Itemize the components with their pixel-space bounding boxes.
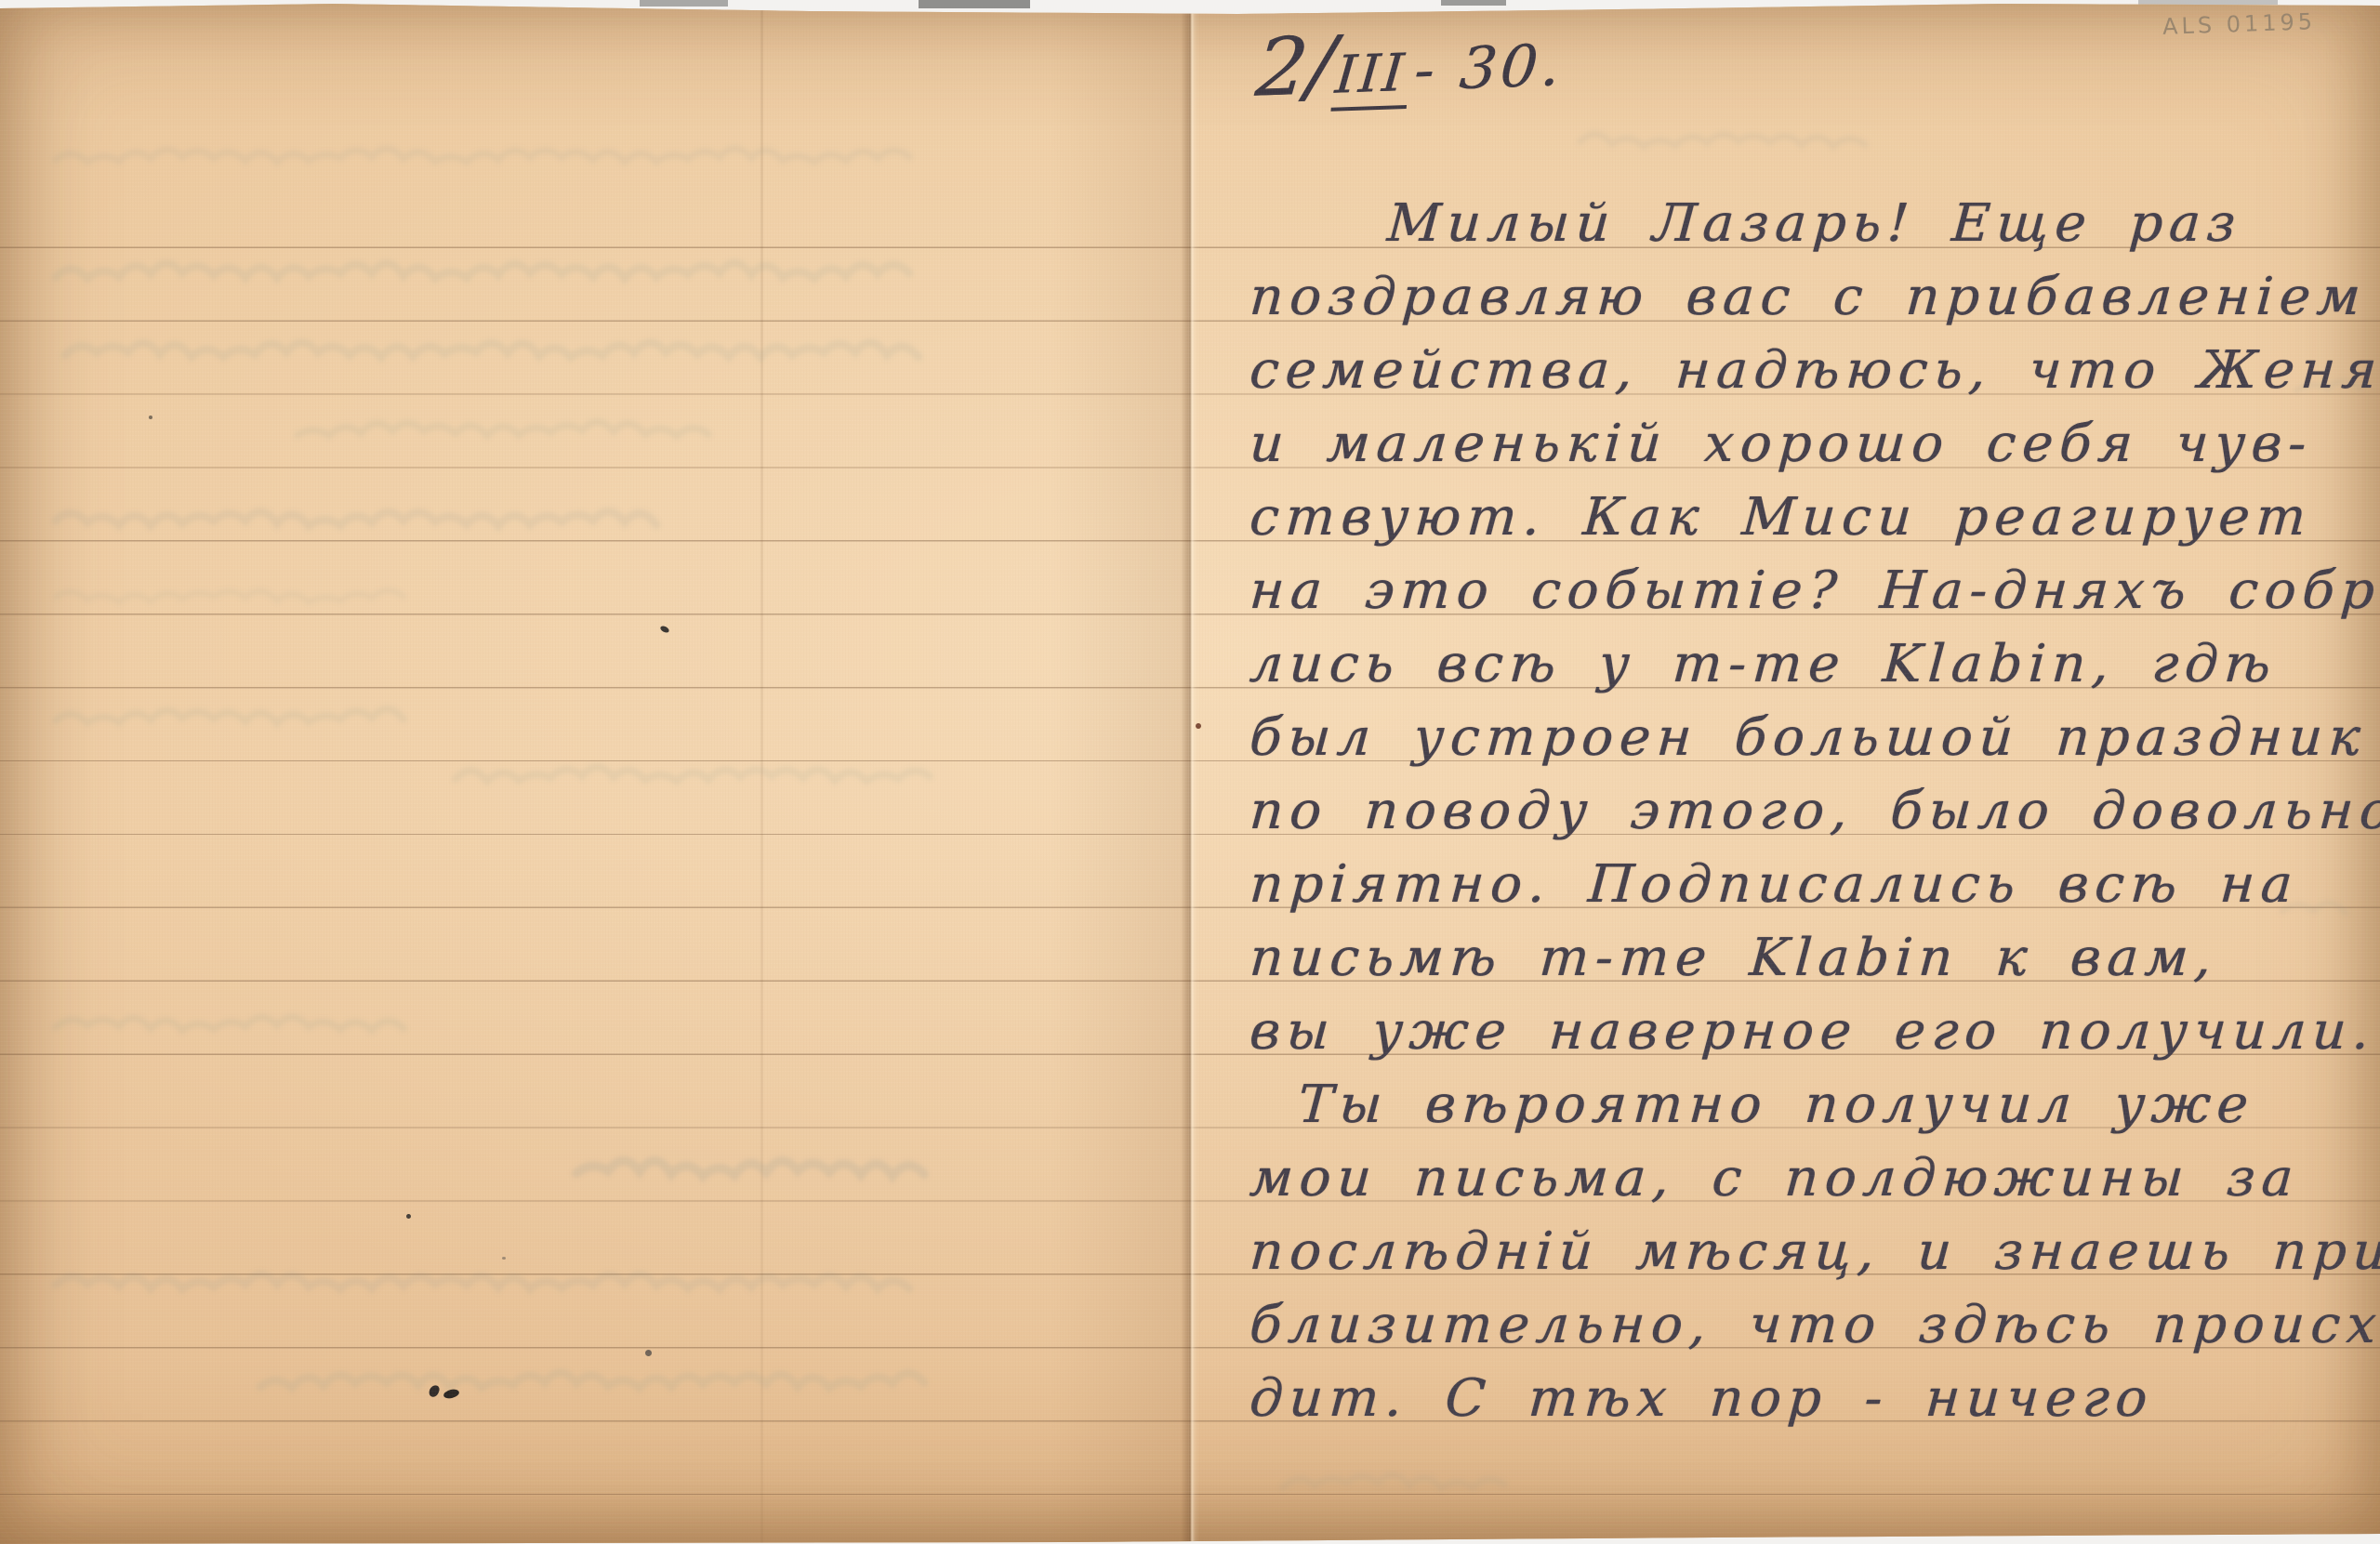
show-through-stroke — [56, 1274, 909, 1289]
ink-speck — [406, 1214, 411, 1219]
letter-line: Ты вѣроятно получил уже — [1247, 1075, 2380, 1148]
show-through-stroke — [56, 263, 909, 278]
letter-line: дит. С тѣх пор - ничего — [1247, 1368, 2380, 1442]
show-through-stroke — [65, 343, 919, 357]
letter-line: Милый Лазарь! Еще раз — [1247, 193, 2380, 267]
show-through-stroke — [576, 1161, 924, 1176]
letter-line: письмѣ m-me Klabin к вам, — [1247, 928, 2380, 1001]
show-through-stroke — [1580, 134, 1865, 146]
show-through-stroke — [260, 1373, 924, 1388]
show-through-stroke — [56, 590, 403, 601]
letter-line: мои письма, с полдюжины за — [1247, 1148, 2380, 1221]
letter-body: Милый Лазарь! Еще раз поздравляю вас с п… — [1247, 193, 2380, 1442]
fold-crease — [1181, 0, 1199, 1544]
ink-speck — [149, 416, 152, 419]
scan-edge-artifact — [919, 0, 1030, 8]
show-through-stroke — [56, 149, 909, 162]
letter-date: 2/III - 30. — [1252, 11, 1567, 114]
ink-blot — [428, 1384, 441, 1399]
date-rest: - 30. — [1411, 31, 1566, 104]
letter-scan: ALS 01195 2/III - 30. Милый Лазарь! Еще … — [0, 0, 2380, 1544]
left-page-crease — [760, 0, 763, 1544]
ink-speck — [645, 1350, 652, 1356]
show-through-stroke — [56, 1017, 403, 1030]
show-through-stroke — [1283, 1475, 1504, 1487]
date-month: III — [1330, 43, 1412, 112]
show-through-stroke — [56, 709, 403, 723]
letter-line: вы уже наверное его получили. — [1247, 1001, 2380, 1075]
letter-line: семейства, надѣюсь, что Женя — [1247, 340, 2380, 414]
letter-line: близительно, что здѣсь происхо- — [1247, 1295, 2380, 1368]
letter-line: лись всѣ у m-me Klabin, гдѣ — [1247, 634, 2380, 707]
ink-speck — [659, 625, 670, 634]
letter-line: был устроен большой праздник — [1247, 707, 2380, 781]
fold-shadow — [1049, 0, 1188, 1544]
ink-blot — [443, 1388, 460, 1400]
paper-sheet: ALS 01195 2/III - 30. Милый Лазарь! Еще … — [0, 0, 2380, 1544]
show-through-stroke — [297, 422, 708, 436]
show-through-stroke — [56, 511, 656, 525]
letter-line: на это событіе? На-дняхъ собра- — [1247, 561, 2380, 634]
letter-line: по поводу этого, было довольно — [1247, 781, 2380, 854]
letter-line: поздравляю вас с прибавленіем — [1247, 267, 2380, 340]
scan-edge-artifact — [640, 0, 728, 7]
ink-speck — [502, 1257, 506, 1260]
letter-line: ствуют. Как Миси реагирует — [1247, 487, 2380, 561]
letter-line: послѣдній мѣсяц, и знаешь при- — [1247, 1221, 2380, 1295]
catalog-mark: ALS 01195 — [2162, 8, 2317, 40]
date-day: 2/ — [1252, 20, 1339, 115]
show-through-stroke — [456, 767, 930, 781]
letter-line: пріятно. Подписались всѣ на — [1247, 854, 2380, 928]
scan-edge-artifact — [1441, 0, 1506, 6]
scan-edge-artifact — [2138, 0, 2278, 5]
letter-line: и маленькій хорошо себя чув- — [1247, 414, 2380, 487]
